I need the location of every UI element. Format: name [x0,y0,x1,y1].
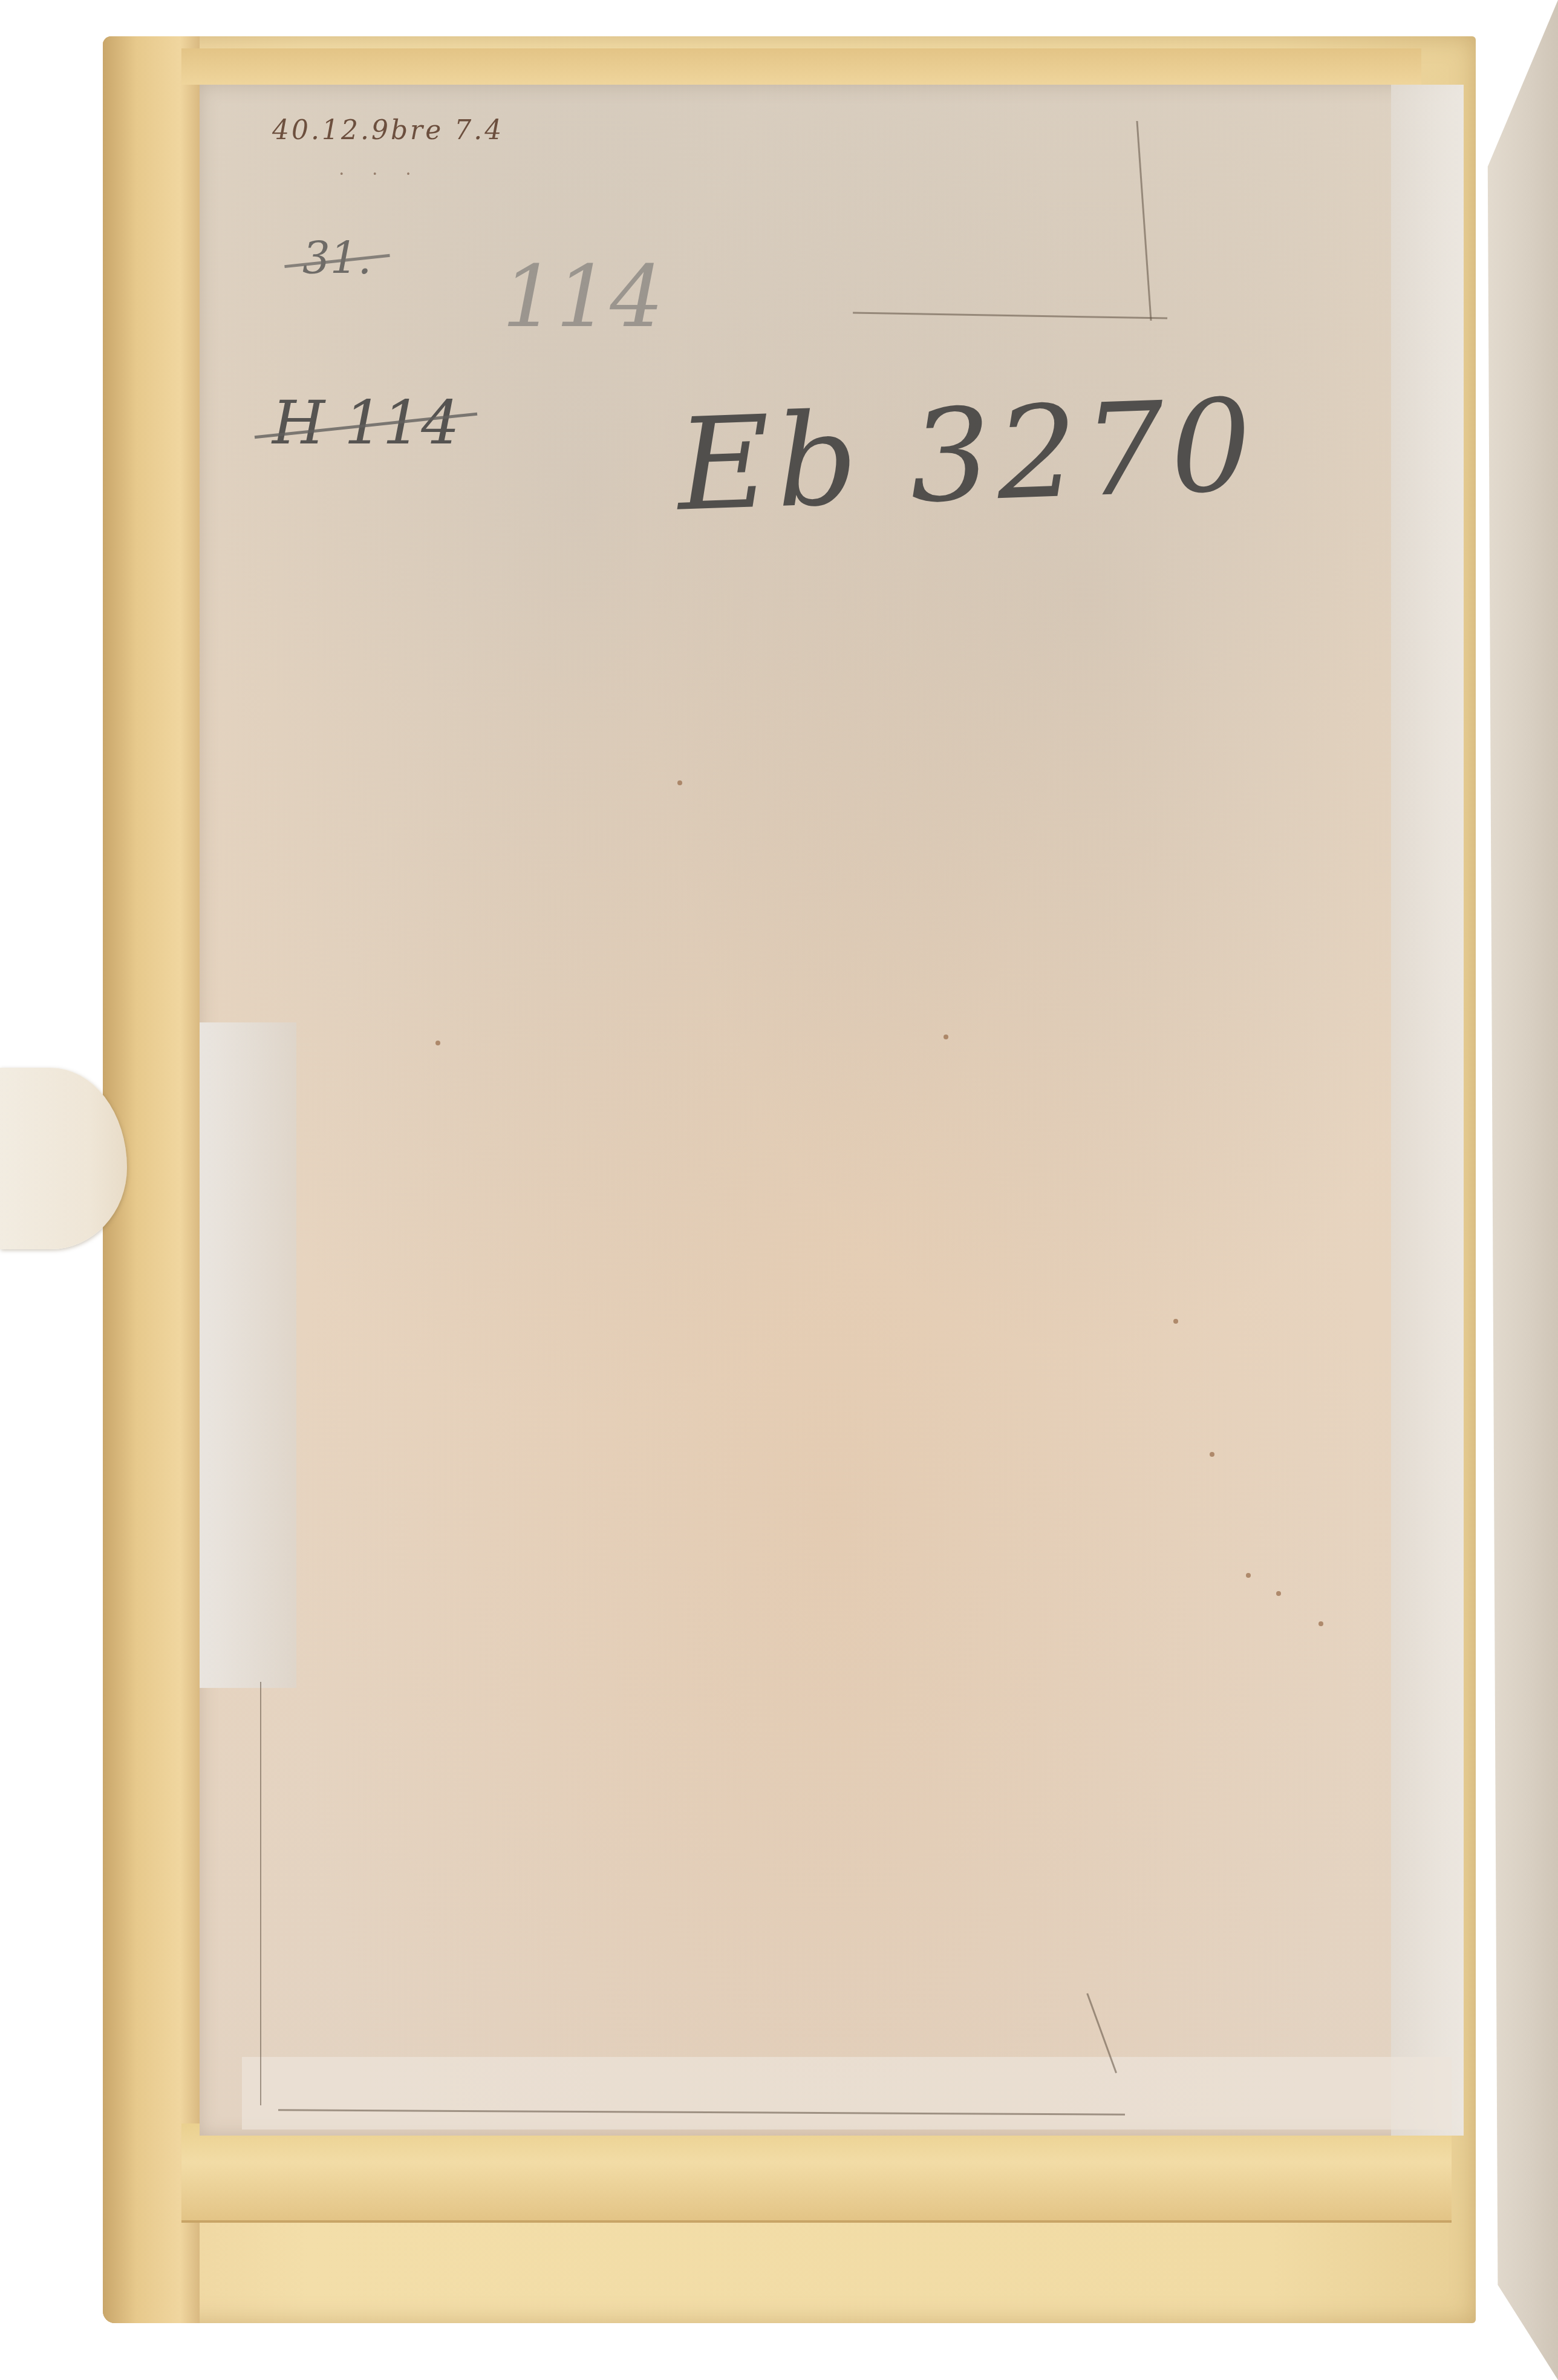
paper-speck [1210,1452,1214,1457]
vellum-turn-in-top [181,48,1421,85]
paper-speck [1246,1573,1251,1578]
paper-speck [1276,1591,1281,1596]
tissue-repair-bottom [242,2057,1452,2130]
ink-dots: . . . [339,159,422,180]
tissue-repair-left [200,1022,296,1688]
paper-speck [1173,1319,1178,1324]
faint-pencil-number: 114 [502,248,663,347]
ink-annotation: 40.12.9bre 7.4 [272,115,504,146]
tissue-repair-right [1391,85,1464,2136]
shelfmark: Eb 3270 [675,371,1260,539]
paper-speck [435,1041,440,1045]
struck-number: 31. [302,233,372,284]
struck-old-shelfmark: H 114 [272,387,460,458]
vellum-turn-in-bottom [181,2123,1452,2223]
paper-speck [1318,1621,1323,1626]
paper-speck [677,780,682,785]
paper-tear [260,1682,264,2105]
paper-speck [944,1035,948,1039]
